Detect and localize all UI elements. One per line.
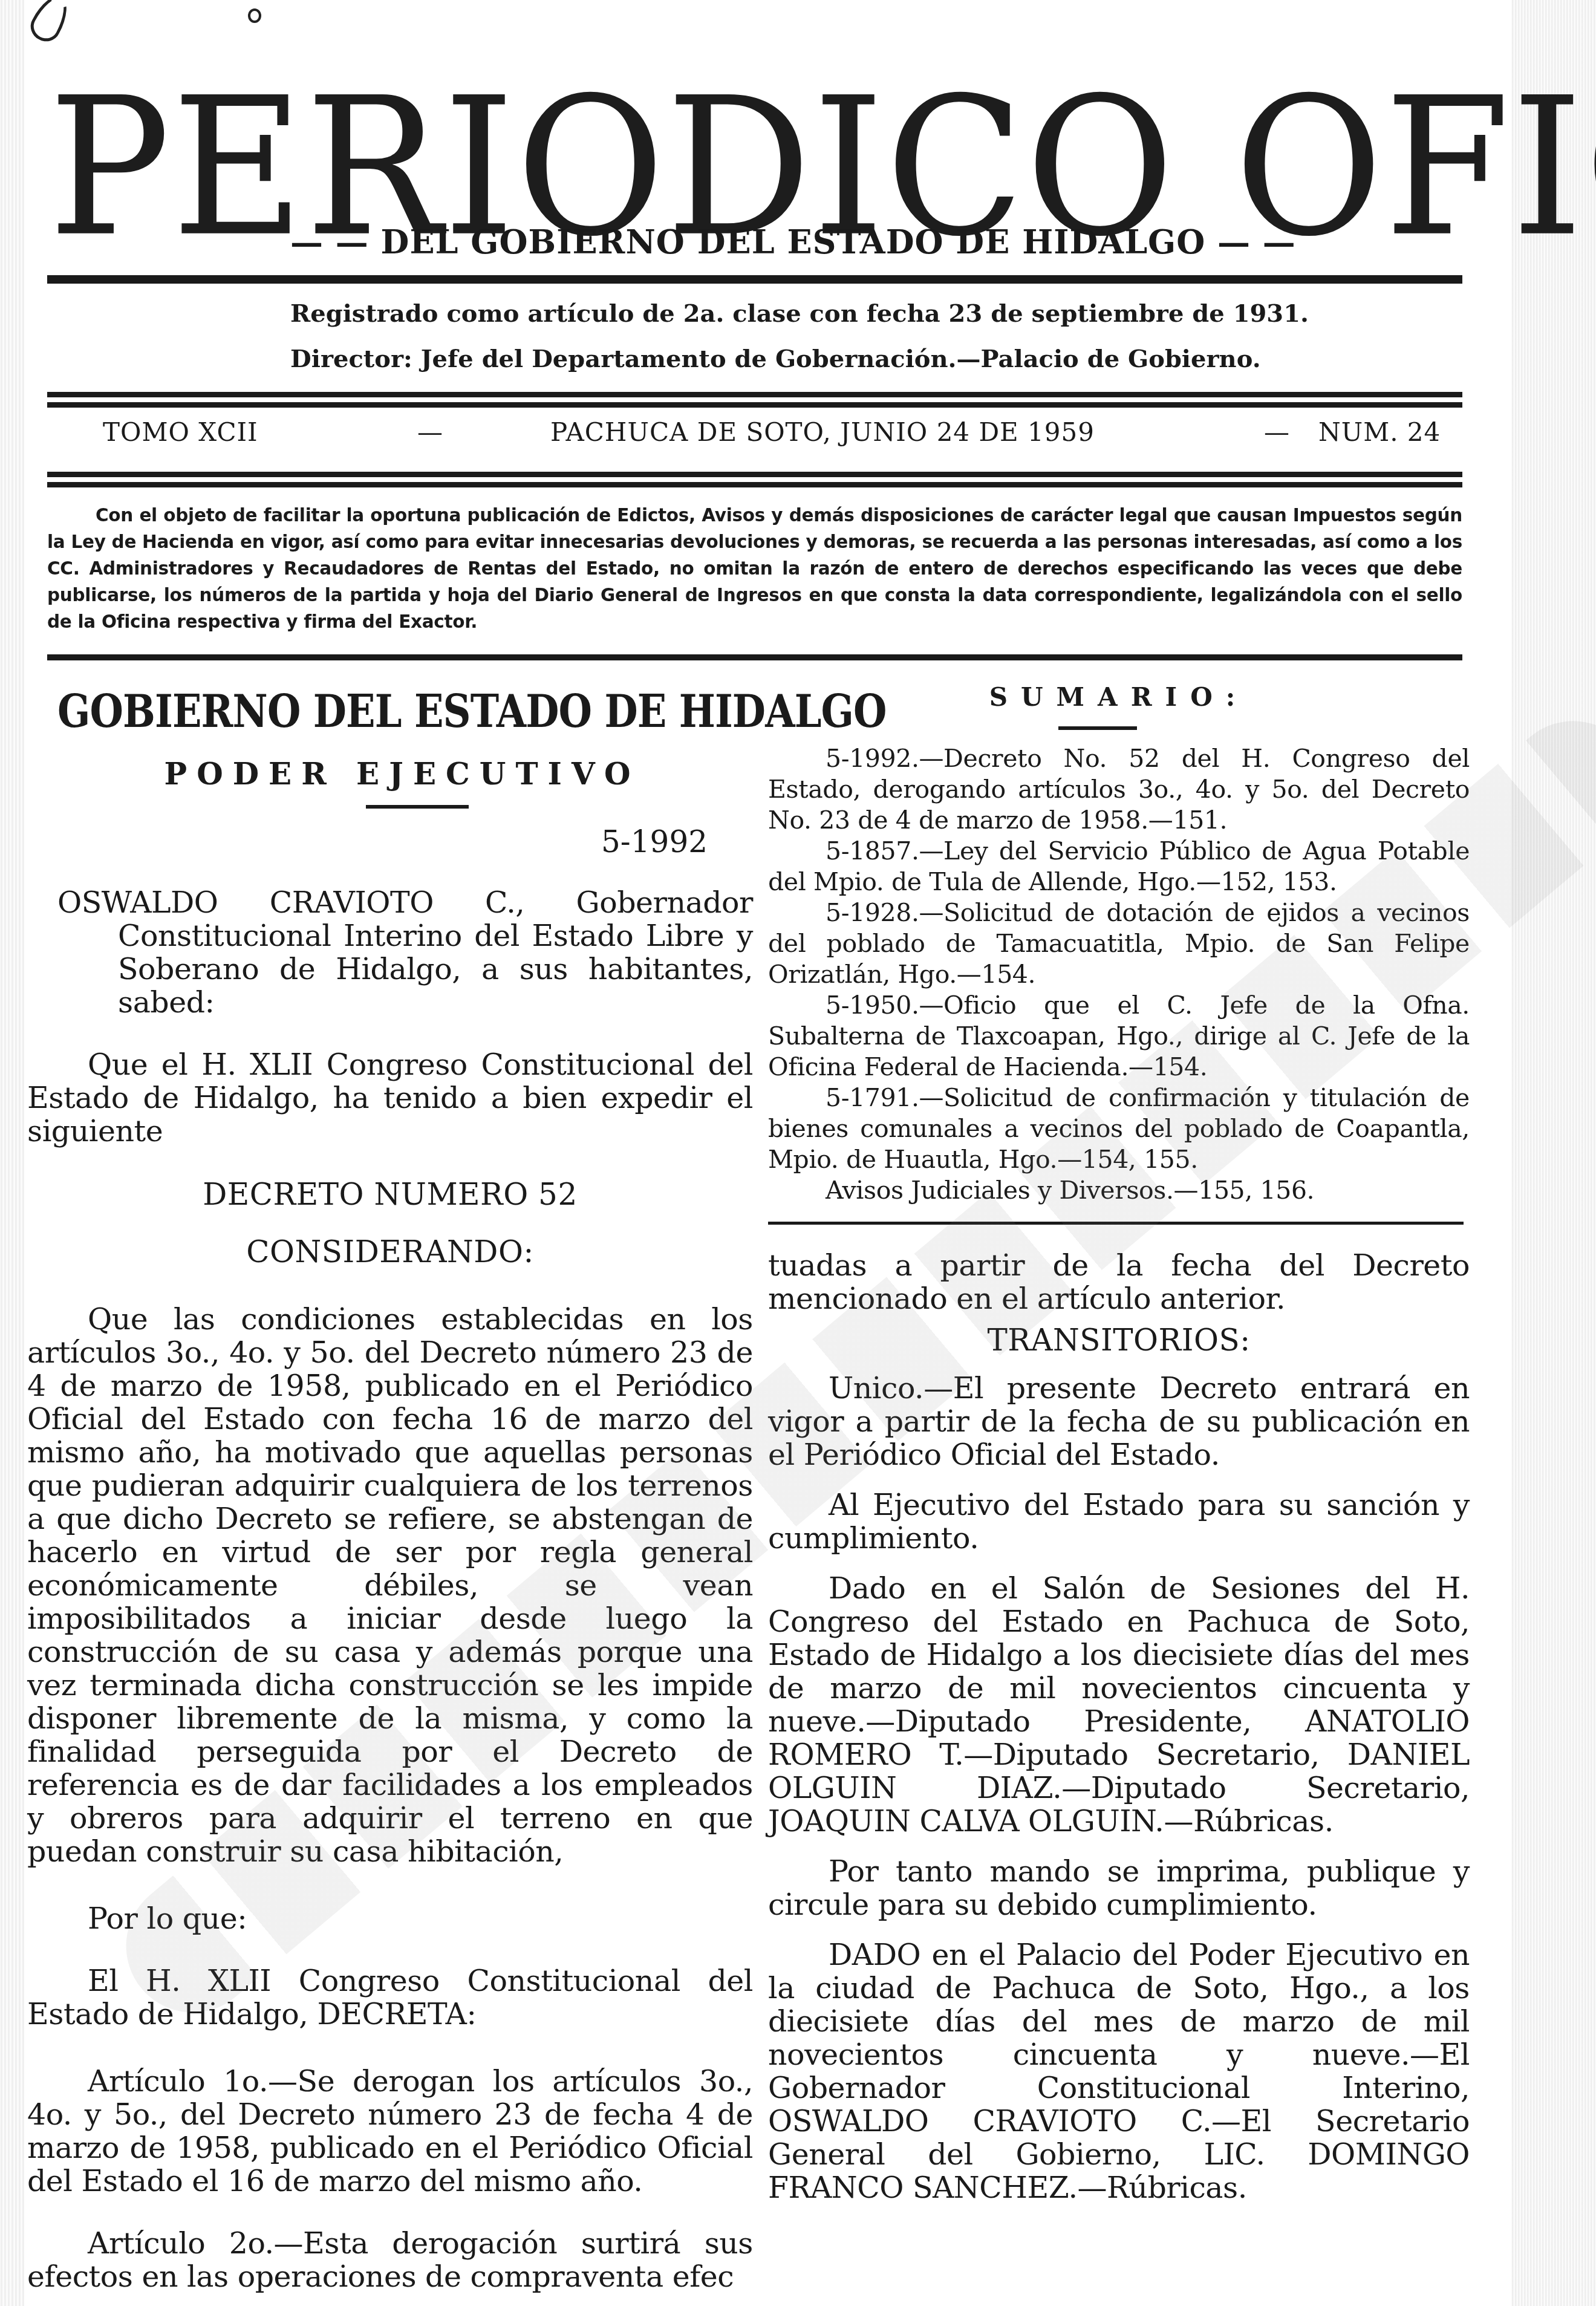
sumario-list: 5-1992.—Decreto No. 52 del H. Congreso d… <box>768 743 1470 1206</box>
issue-info-row: TOMO XCII — PACHUCA DE SOTO, JUNIO 24 DE… <box>103 417 1445 454</box>
sumario-item: Avisos Judiciales y Diversos.—155, 156. <box>768 1175 1470 1206</box>
considerando-paragraph: Que las condiciones establecidas en los … <box>27 1303 753 1868</box>
unico-paragraph: Unico.—El presente Decreto entrará en vi… <box>768 1372 1470 1471</box>
sumario-rule <box>1058 726 1137 730</box>
masthead-subtitle: — — DEL GOBIERNO DEL ESTADO DE HIDALGO —… <box>290 223 1234 261</box>
por-lo-que-paragraph: Por lo que: <box>27 1902 753 1935</box>
decree-body: OSWALDO CRAVIOTO C., Gobernador Constitu… <box>27 886 753 2293</box>
sumario-item: 5-1857.—Ley del Servicio Público de Agua… <box>768 836 1470 897</box>
publication-notice: Con el objeto de facilitar la oportuna p… <box>47 502 1462 635</box>
article-2-paragraph: Artículo 2o.—Esta derogación surtirá sus… <box>27 2227 753 2293</box>
dado-salon-paragraph: Dado en el Salón de Sesiones del H. Cong… <box>768 1572 1470 1838</box>
header-double-rule-bottom <box>47 472 1462 487</box>
folio-number: 5-1992 <box>27 824 708 859</box>
masthead-rule <box>47 275 1462 284</box>
decreta-paragraph: El H. XLII Congreso Constitucional del E… <box>27 1964 753 2031</box>
sumario-item: 5-1992.—Decreto No. 52 del H. Congreso d… <box>768 743 1470 836</box>
notice-rule <box>47 654 1462 660</box>
ink-mark-icon <box>248 8 261 23</box>
separator-dash: — <box>417 417 443 447</box>
place-date: PACHUCA DE SOTO, JUNIO 24 DE 1959 <box>550 417 1095 447</box>
government-heading: GOBIERNO DEL ESTADO DE HIDALGO <box>57 689 656 734</box>
issue-number: NUM. 24 <box>1318 417 1441 447</box>
newspaper-page: PERIODICO OFICIAL — — DEL GOBIERNO DEL E… <box>0 0 1596 2306</box>
scan-edge-right <box>1511 0 1596 2306</box>
intro-paragraph: Que el H. XLII Congreso Constitucional d… <box>27 1048 753 1148</box>
sumario-heading: SUMARIO: <box>768 682 1470 712</box>
proclamation-paragraph: OSWALDO CRAVIOTO C., Gobernador Constitu… <box>27 886 753 1019</box>
sumario-item: 5-1791.—Solicitud de confirmación y titu… <box>768 1083 1470 1175</box>
right-column: SUMARIO: 5-1992.—Decreto No. 52 del H. C… <box>768 671 1470 2204</box>
director-line: Director: Jefe del Departamento de Gober… <box>290 345 1258 373</box>
por-tanto-paragraph: Por tanto mando se imprima, publique y c… <box>768 1855 1470 1921</box>
article-1-paragraph: Artículo 1o.—Se derogan los artículos 3o… <box>27 2065 753 2198</box>
registration-line: Registrado como artículo de 2a. clase co… <box>290 299 1258 328</box>
considerando-title: CONSIDERANDO: <box>27 1236 753 1269</box>
notice-text: Con el objeto de facilitar la oportuna p… <box>47 502 1462 635</box>
al-ejecutivo-paragraph: Al Ejecutivo del Estado para su sanción … <box>768 1488 1470 1555</box>
branch-heading: PODER EJECUTIVO <box>27 756 753 792</box>
sumario-item: 5-1950.—Oficio que el C. Jefe de la Ofna… <box>768 990 1470 1083</box>
pencil-mark-icon <box>25 0 75 47</box>
heading-rule <box>366 805 469 809</box>
separator-dash: — <box>1264 417 1290 447</box>
sumario-bottom-rule <box>768 1222 1464 1225</box>
transitorios-title: TRANSITORIOS: <box>768 1324 1470 1357</box>
header-double-rule-top <box>47 392 1462 408</box>
decree-title: DECRETO NUMERO 52 <box>27 1178 753 1211</box>
dado-palacio-paragraph: DADO en el Palacio del Poder Ejecutivo e… <box>768 1938 1470 2204</box>
decree-continuation: tuadas a partir de la fecha del Decreto … <box>768 1249 1470 2204</box>
tomo-label: TOMO XCII <box>103 417 258 447</box>
left-column: GOBIERNO DEL ESTADO DE HIDALGO PODER EJE… <box>27 671 753 2293</box>
continuation-paragraph: tuadas a partir de la fecha del Decreto … <box>768 1249 1470 1315</box>
scan-edge-left <box>0 0 24 2306</box>
sumario-item: 5-1928.—Solicitud de dotación de ejidos … <box>768 897 1470 990</box>
